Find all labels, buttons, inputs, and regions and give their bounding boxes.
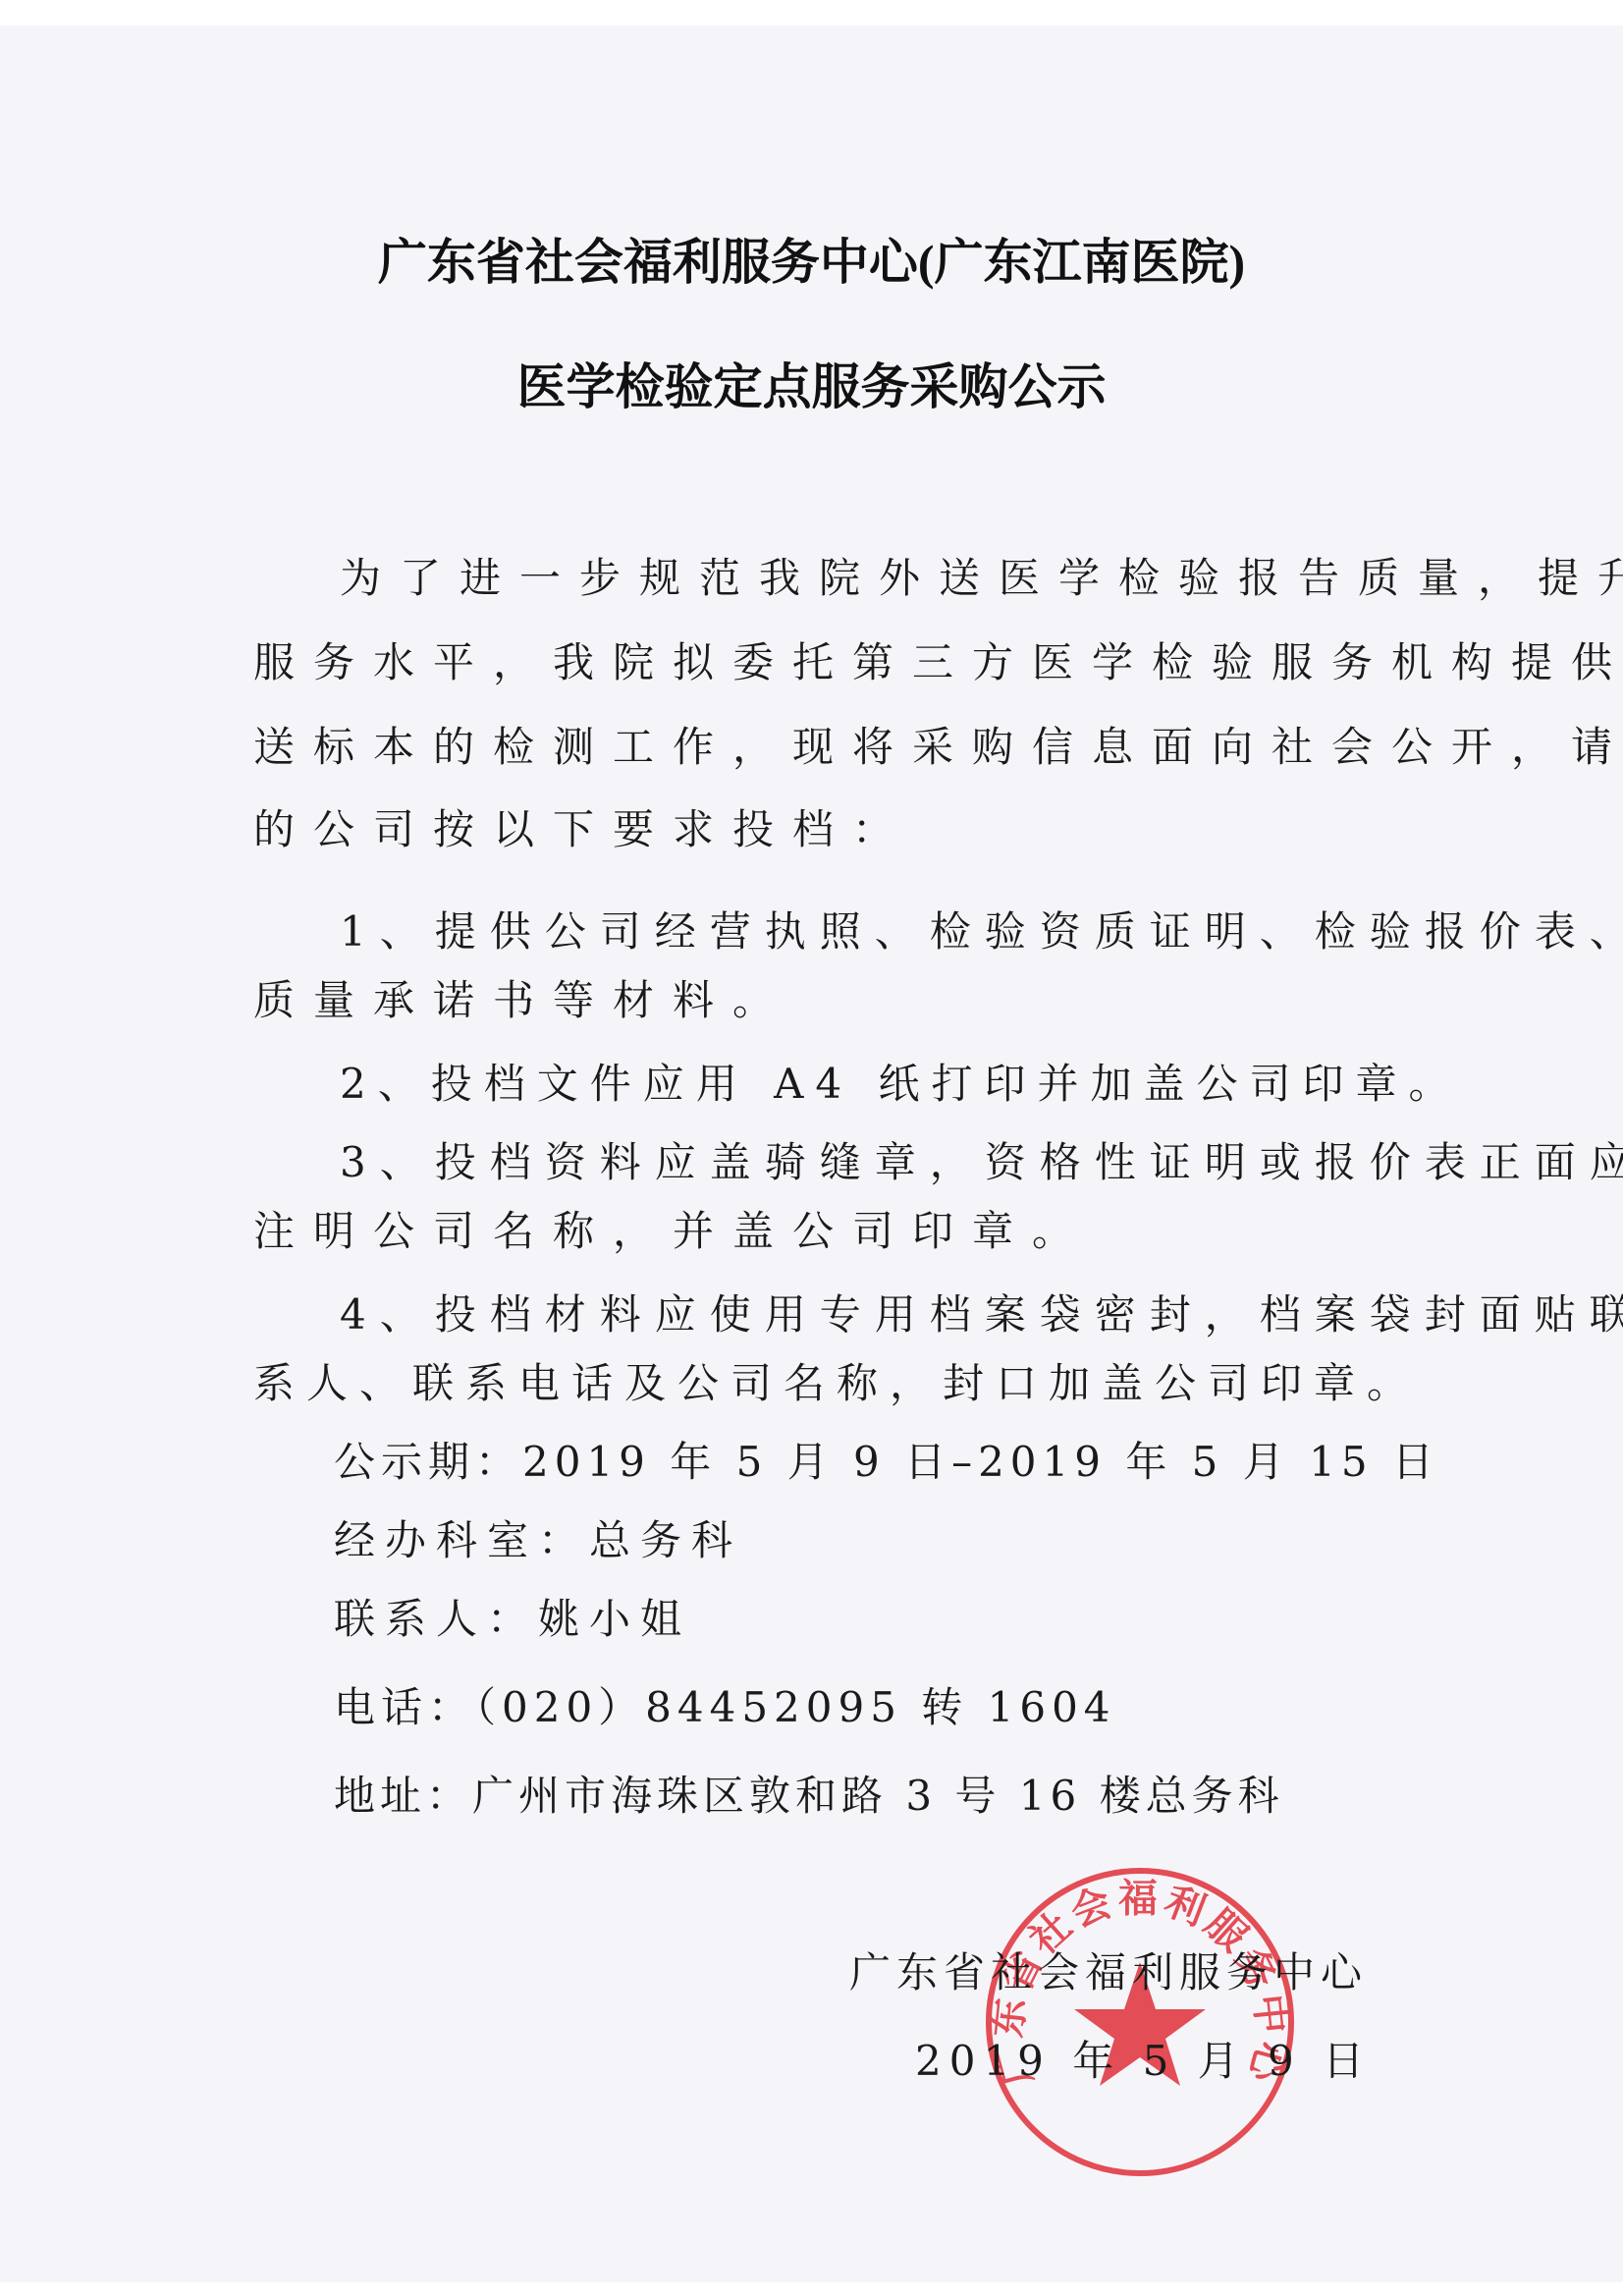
document-title-line2: 医学检验定点服务采购公示 [0,362,1623,411]
requirement-item-2: 2、投档文件应用 A4 纸打印并加盖公司印章。 [340,1064,1461,1105]
requirement-item-3: 3、投档资料应盖骑缝章，资格性证明或报价表正面应 [340,1142,1623,1183]
contact-person: 联系人：姚小姐 [334,1599,691,1640]
contact-address: 地址：广州市海珠区敦和路 3 号 16 楼总务科 [334,1776,1284,1817]
intro-line: 为了进一步规范我院外送医学检验报告质量，提升检验 [340,558,1623,599]
requirement-item-1: 1、提供公司经营执照、检验资质证明、检验报价表、 [340,911,1623,953]
signature-organization: 广东省社会福利服务中心 [849,1952,1368,1994]
intro-line: 服务水平，我院拟委托第三方医学检验服务机构提供我院外 [253,642,1623,683]
contact-phone: 电话：（020）84452095 转 1604 [334,1687,1116,1728]
scan-bottom-edge [0,2282,1623,2296]
scan-top-edge [0,0,1623,26]
document-title-line1: 广东省社会福利服务中心(广东江南医院) [0,238,1623,287]
requirement-item-3-cont: 注明公司名称，并盖公司印章。 [253,1211,1092,1252]
intro-line: 的公司按以下要求投档： [253,809,912,850]
official-seal-icon: 广东省社会福利服务中心 [982,1864,1298,2180]
requirement-item-4: 4、投档材料应使用专用档案袋密封，档案袋封面贴联 [340,1294,1623,1336]
intro-line: 送标本的检测工作，现将采购信息面向社会公开，请有意向 [253,727,1623,768]
notice-period: 公示期：2019 年 5 月 9 日–2019 年 5 月 15 日 [334,1442,1439,1483]
requirement-item-4-cont: 系人、联系电话及公司名称，封口加盖公司印章。 [253,1363,1420,1404]
handling-department: 经办科室：总务科 [334,1520,742,1561]
requirement-item-1-cont: 质量承诺书等材料。 [253,980,792,1021]
signature-date: 2019 年 5 月 9 日 [915,2041,1372,2082]
